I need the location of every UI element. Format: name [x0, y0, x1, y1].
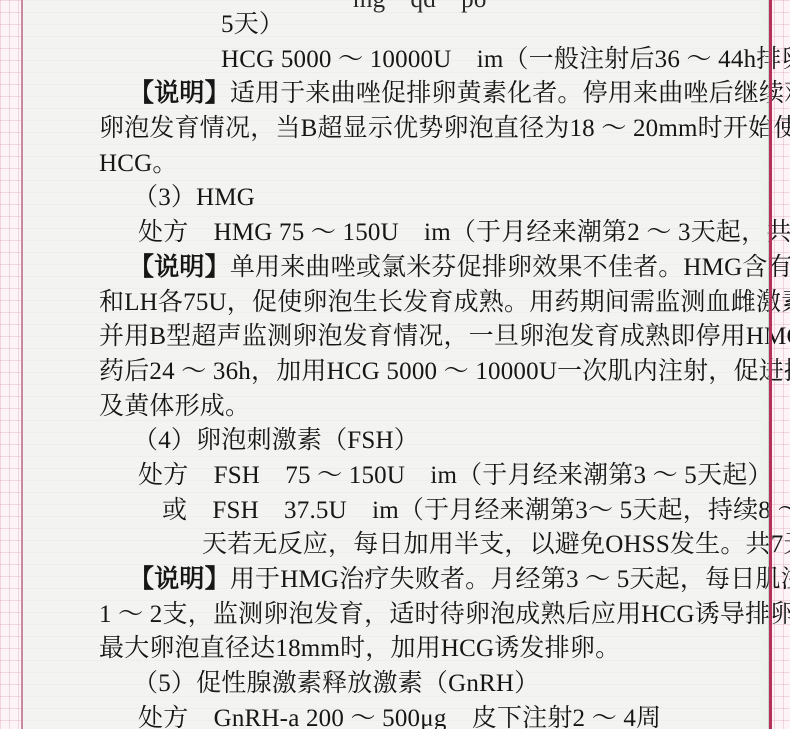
text-line: 卵泡发育情况，当B超显示优势卵泡直径为18 ～ 20mm时开始使用 [99, 112, 777, 147]
text-line: 并用B型超声监测卵泡发育情况，一旦卵泡发育成熟即停用HMG。停 [99, 320, 777, 355]
page-text: 5天） HCG 5000 ～ 10000U im（一般注射后36 ～ 44h排卵… [99, 8, 777, 729]
left-page-edge-rule [21, 0, 23, 729]
text-line: （4）卵泡刺激素（FSH） [133, 424, 777, 459]
text-line: 5天） [221, 8, 777, 43]
text-line: （3）HMG [133, 181, 777, 216]
right-page-edge-rule [769, 0, 772, 729]
text-line: 【说明】适用于来曲唑促排卵黄素化者。停用来曲唑后继续观察 [129, 77, 777, 112]
text-line: 处方 HMG 75 ～ 150U im（于月经来潮第2 ～ 3天起，共7天） [138, 216, 777, 251]
text-line: 及黄体形成。 [99, 390, 777, 425]
text-line: 和LH各75U，促使卵泡生长发育成熟。用药期间需监测血雌激素水平 [99, 286, 777, 321]
text-line: 最大卵泡直径达18mm时，加用HCG诱发排卵。 [99, 632, 777, 667]
text-line: HCG。 [99, 147, 777, 182]
text-line: 天若无反应，每日加用半支，以避免OHSS发生。共7天） [202, 528, 777, 563]
text-line: （5）促性腺激素释放激素（GnRH） [133, 667, 777, 702]
text-line: HCG 5000 ～ 10000U im（一般注射后36 ～ 44h排卵） [221, 43, 777, 78]
text-line: 【说明】单用来曲唑或氯米芬促排卵效果不佳者。HMG含有FSH [129, 251, 777, 286]
text-line: 处方 GnRH-a 200 ～ 500μg 皮下注射2 ～ 4周 [138, 702, 777, 729]
page-surface: mg qd po 5天） HCG 5000 ～ 10000U im（一般注射后3… [23, 0, 769, 729]
text-line: 或 FSH 37.5U im（于月经来潮第3～ 5天起，持续8 ～ 14 [162, 494, 777, 529]
text-line: 药后24 ～ 36h，加用HCG 5000 ～ 10000U一次肌内注射，促进排… [99, 355, 777, 390]
scanned-book-page: mg qd po 5天） HCG 5000 ～ 10000U im（一般注射后3… [0, 0, 790, 729]
text-line: 1 ～ 2支，监测卵泡发育，适时待卵泡成熟后应用HCG诱导排卵。当 [99, 598, 777, 633]
text-line: 处方 FSH 75 ～ 150U im（于月经来潮第3 ～ 5天起） [138, 459, 777, 494]
text-line: 【说明】用于HMG治疗失败者。月经第3 ～ 5天起，每日肌注 [129, 563, 777, 598]
